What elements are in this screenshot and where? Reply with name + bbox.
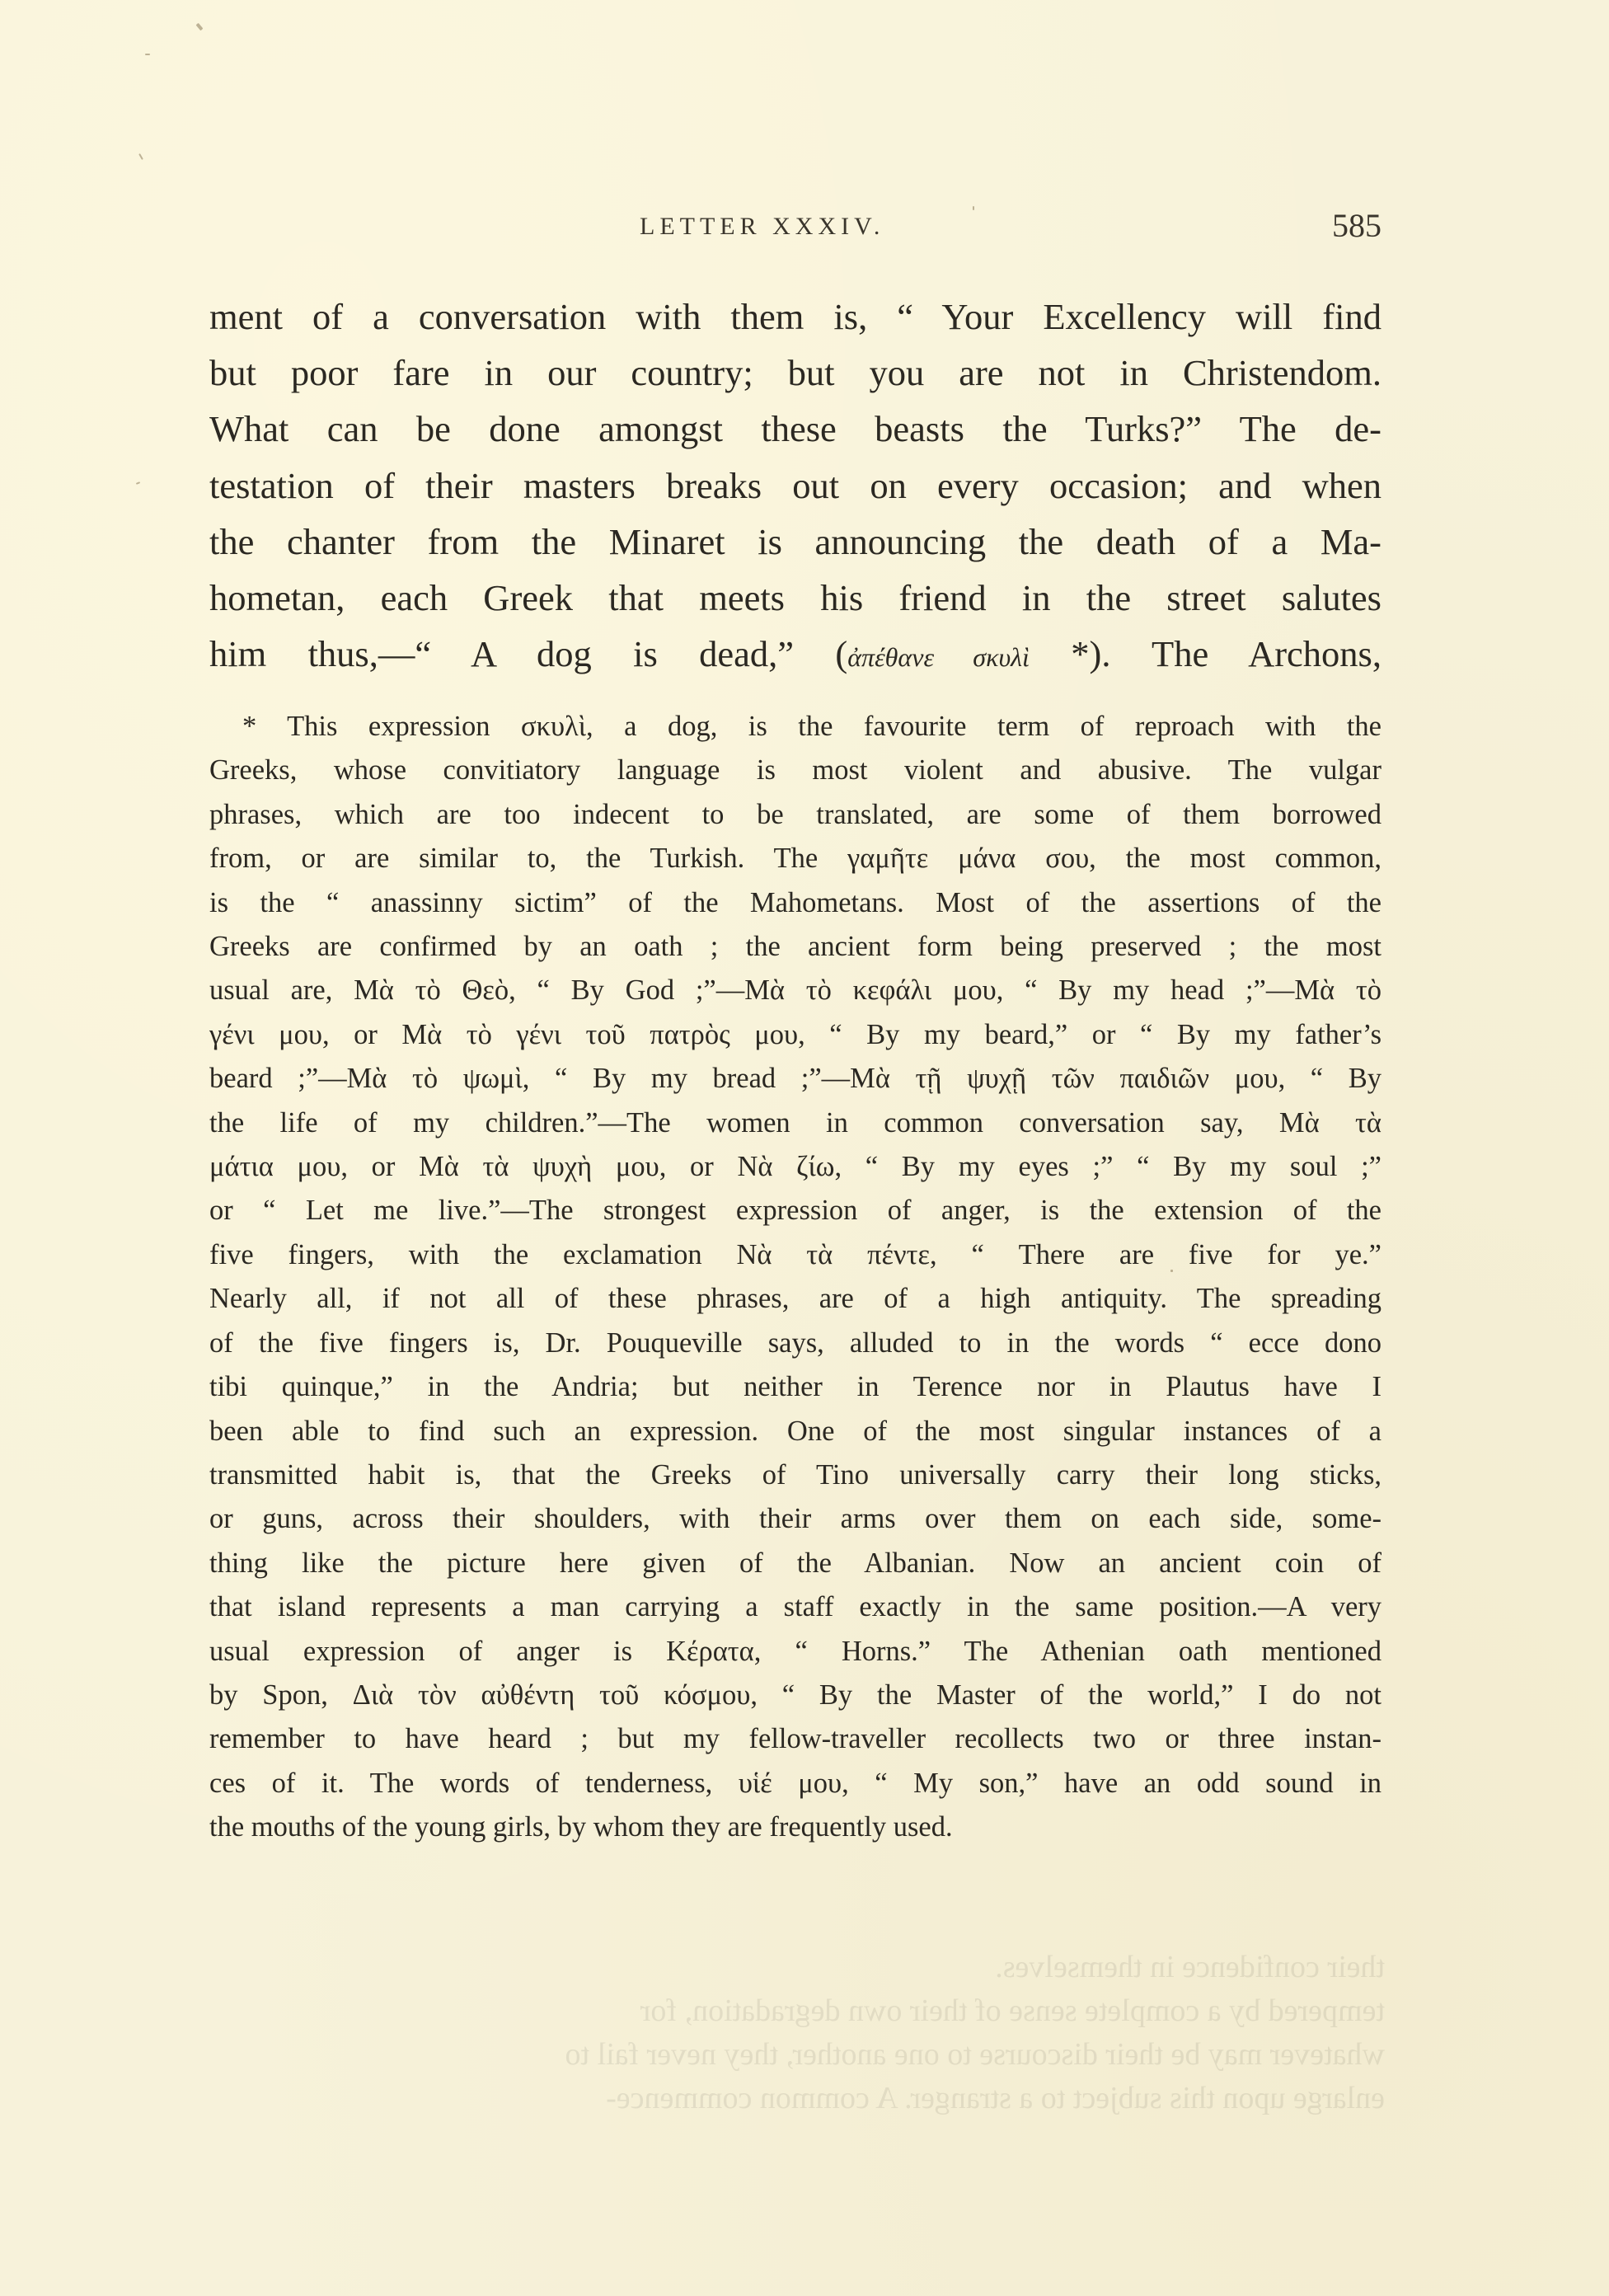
bleed-line: tempered by a complete sense of their ow…	[198, 1989, 1385, 2033]
footnote-line: beard ;”—Μὰ τὸ ψωμὶ, “ By my bread ;”—Μὰ…	[209, 1057, 1381, 1101]
text-line: but poor fare in our country; but you ar…	[209, 345, 1381, 401]
footnote-line: the mouths of the young girls, by whom t…	[209, 1805, 1381, 1849]
text-line: the chanter from the Minaret is announci…	[209, 514, 1381, 570]
bleed-line: their confidence in themselves.	[198, 1946, 1385, 1989]
bleed-line: enlarge upon this subject to a stranger.…	[198, 2077, 1385, 2120]
footnote-line: the life of my children.”—The women in c…	[209, 1101, 1381, 1145]
footnote-line: thing like the picture here given of the…	[209, 1542, 1381, 1585]
footnote-line: Nearly all, if not all of these phrases,…	[209, 1277, 1381, 1321]
footnote-line: is the “ anassinny sictim” of the Mahome…	[209, 881, 1381, 925]
greek-phrase: ἀπέθανε σκυλὶ	[847, 642, 1030, 672]
running-head: LETTER XXXIV.	[640, 213, 884, 241]
paper-speck	[136, 481, 140, 485]
footnote-line: Greeks, whose convitiatory language is m…	[209, 749, 1381, 792]
footnote-line: phrases, which are too indecent to be tr…	[209, 793, 1381, 837]
paper-speck	[138, 153, 143, 160]
bleed-through-text: their confidence in themselves. tempered…	[198, 1946, 1385, 2120]
footnote-line: or “ Let me live.”—The strongest express…	[209, 1189, 1381, 1233]
footnote-line: usual are, Μὰ τὸ Θεὸ, “ By God ;”—Μὰ τὸ …	[209, 969, 1381, 1012]
footnote: * This expression σκυλὶ, a dog, is the f…	[209, 705, 1381, 1850]
footnote-line: from, or are similar to, the Turkish. Th…	[209, 837, 1381, 880]
text-line: ment of a conversation with them is, “ Y…	[209, 289, 1381, 345]
footnote-line: five fingers, with the exclamation Νὰ τὰ…	[209, 1233, 1381, 1277]
footnote-line: transmitted habit is, that the Greeks of…	[209, 1453, 1381, 1497]
paper-speck	[145, 54, 150, 55]
text-line: testation of their masters breaks out on…	[209, 458, 1381, 514]
footnote-marker: *). The Archons,	[1030, 633, 1381, 674]
bleed-line: whatever may be their discourse to one a…	[198, 2033, 1385, 2077]
text-line: hometan, each Greek that meets his frien…	[209, 570, 1381, 626]
page-header: LETTER XXXIV. 585	[211, 211, 1381, 252]
footnote-line: tibi quinque,” in the Andria; but neithe…	[209, 1365, 1381, 1409]
footnote-line: γένι μου, or Μὰ τὸ γένι τοῦ πατρὸς μου, …	[209, 1013, 1381, 1057]
text-line: What can be done amongst these beasts th…	[209, 401, 1381, 457]
footnote-line: by Spon, Διὰ τὸν αὐθέντη τοῦ κόσμου, “ B…	[209, 1674, 1381, 1717]
footnote-line: that island represents a man carrying a …	[209, 1585, 1381, 1629]
footnote-line: * This expression σκυλὶ, a dog, is the f…	[209, 705, 1381, 749]
paper-speck	[973, 206, 974, 210]
footnote-line: of the five fingers is, Dr. Pouqueville …	[209, 1322, 1381, 1365]
footnote-line: or guns, across their shoulders, with th…	[209, 1497, 1381, 1541]
text-line: him thus,—“ A dog is dead,” (ἀπέθανε σκυ…	[209, 626, 1381, 685]
footnote-line: been able to find such an expression. On…	[209, 1410, 1381, 1453]
footnote-line: μάτια μου, or Μὰ τὰ ψυχὴ μου, or Νὰ ζίω,…	[209, 1145, 1381, 1189]
main-text: ment of a conversation with them is, “ Y…	[209, 289, 1381, 685]
footnote-line: ces of it. The words of tenderness, υἱέ …	[209, 1762, 1381, 1805]
page-number: 585	[1332, 206, 1381, 245]
footnote-line: usual expression of anger is Κέρατα, “ H…	[209, 1630, 1381, 1674]
text-fragment: him thus,—“ A dog is dead,” (	[209, 633, 847, 674]
paper-speck	[196, 23, 204, 31]
footnote-line: Greeks are confirmed by an oath ; the an…	[209, 925, 1381, 969]
book-page: their confidence in themselves. tempered…	[0, 0, 1609, 2296]
footnote-line: remember to have heard ; but my fellow-t…	[209, 1717, 1381, 1761]
